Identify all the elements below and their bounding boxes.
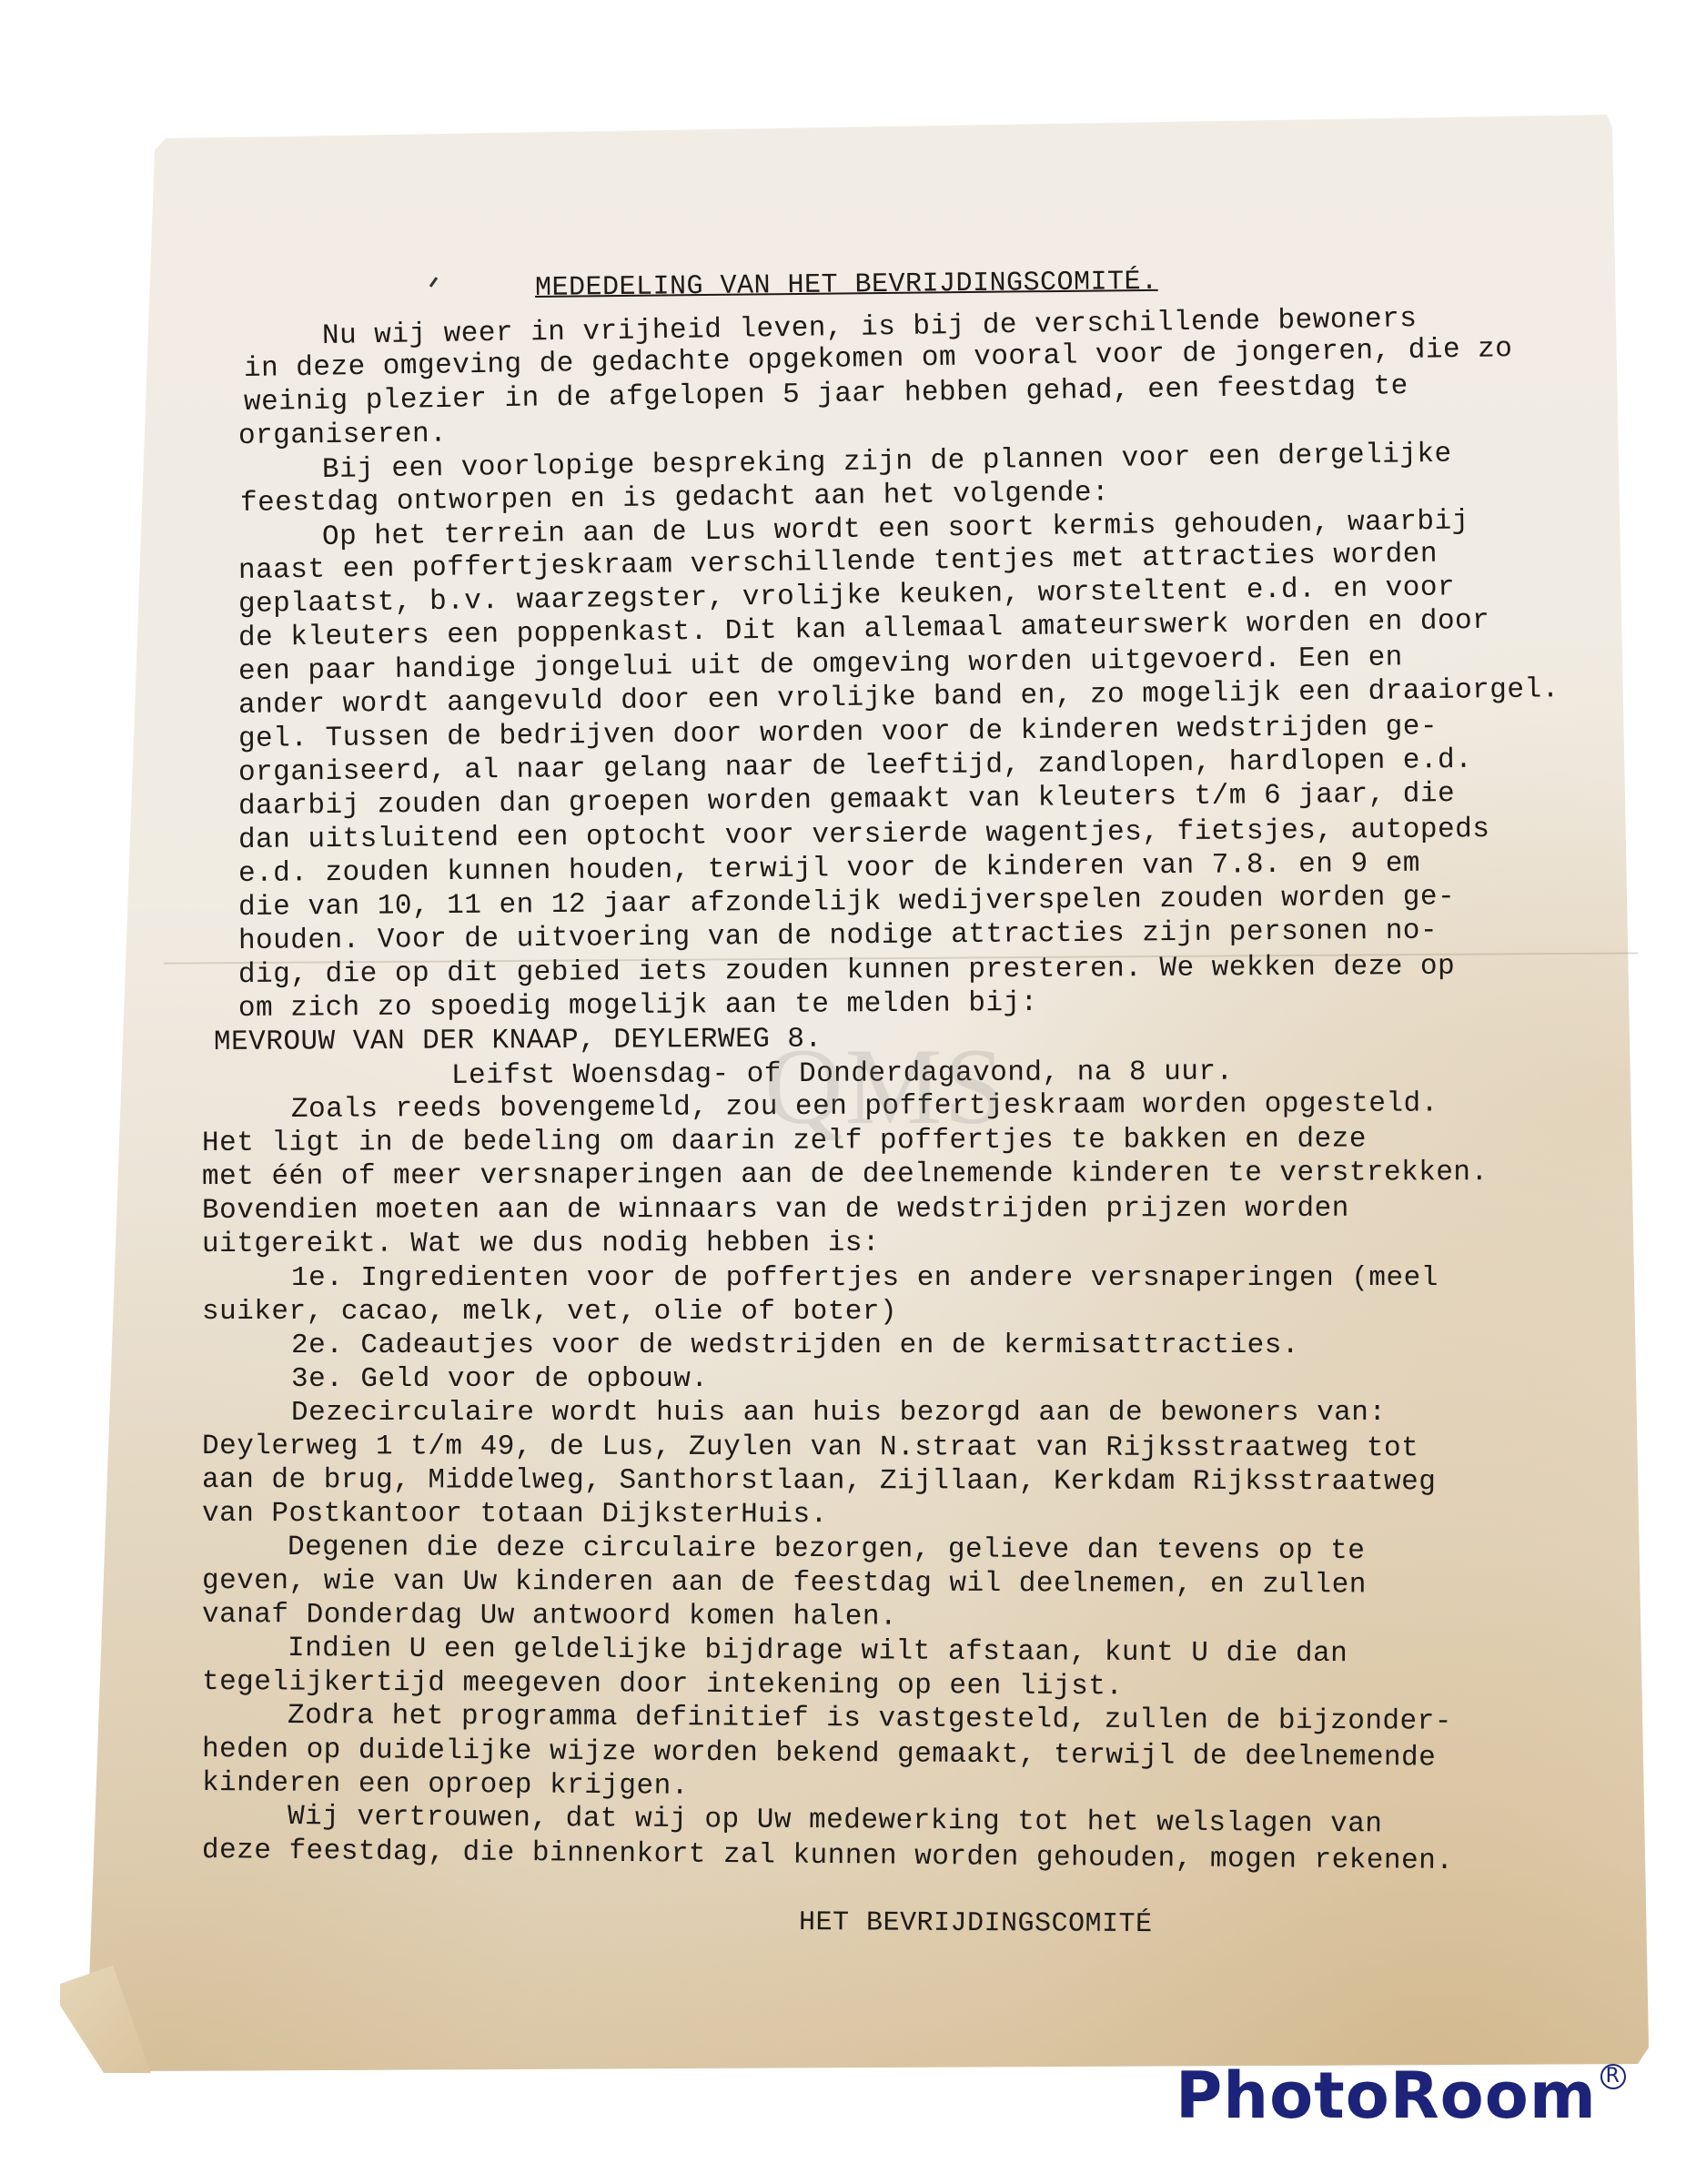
document-line: met één of meer versnaperingen aan de de… [202, 1157, 1489, 1193]
document-line: 2e. Cadeautjes voor de wedstrijden en de… [291, 1330, 1299, 1361]
document-line: Bij een voorlopige bespreking zijn de pl… [322, 439, 1452, 486]
document-line: Zodra het programma definitief is vastge… [288, 1700, 1452, 1738]
document-line: aan de brug, Middelweg, Santhorstlaan, Z… [202, 1464, 1436, 1498]
document-line: vanaf Donderdag Uw antwoord komen halen. [202, 1599, 897, 1633]
document-line: Bovendien moeten aan de winnaars van de … [202, 1193, 1349, 1227]
watermark: QMS [764, 1024, 1006, 1149]
document-line: Degenen die deze circulaire bezorgen, ge… [288, 1532, 1366, 1567]
registered-trademark-icon: R [1600, 2064, 1626, 2089]
document-line: deze feestdag, die binnenkort zal kunnen… [202, 1835, 1454, 1877]
logo-text: PhotoRoom [1176, 2058, 1597, 2133]
document-line: om zich zo spoedig mogelijk aan te melde… [238, 987, 1038, 1025]
document-line: MEVROUW VAN DER KNAAP, DEYLERWEG 8. [214, 1023, 823, 1058]
document-line: uitgereikt. Wat we dus nodig hebben is: [202, 1228, 880, 1260]
document-line: Dezecirculaire wordt huis aan huis bezor… [291, 1397, 1387, 1429]
document-line: 1e. Ingredienten voor de poffertjes en a… [291, 1262, 1439, 1294]
document-line: van Postkantoor totaan DijksterHuis. [202, 1498, 828, 1531]
document-line: Wij vertrouwen, dat wij op Uw medewerkin… [288, 1801, 1383, 1840]
photoroom-logo: PhotoRoomR [1176, 2058, 1626, 2133]
signature: HET BEVRIJDINGSCOMITÉ [799, 1907, 1153, 1940]
document-line: geven, wie van Uw kinderen aan de feestd… [202, 1565, 1367, 1601]
document-line: dig, die op dit gebied iets zouden kunne… [238, 951, 1455, 991]
document-line: organiseren. [238, 419, 448, 452]
document-line: kinderen een oproep krijgen. [202, 1767, 689, 1803]
document-line: 3e. Geld voor de opbouw. [291, 1363, 708, 1395]
document-line: Indien U een geldelijke bijdrage wilt af… [288, 1633, 1348, 1670]
document-title: MEDEDELING VAN HET BEVRIJDINGSCOMITÉ. [535, 267, 1158, 304]
document-line: suiker, cacao, melk, vet, olie of boter) [202, 1296, 897, 1328]
document-line: Deylerweg 1 t/m 49, de Lus, Zuylen van N… [202, 1431, 1418, 1464]
document-line: tegelijkertijd meegeven door intekening … [202, 1666, 1124, 1703]
